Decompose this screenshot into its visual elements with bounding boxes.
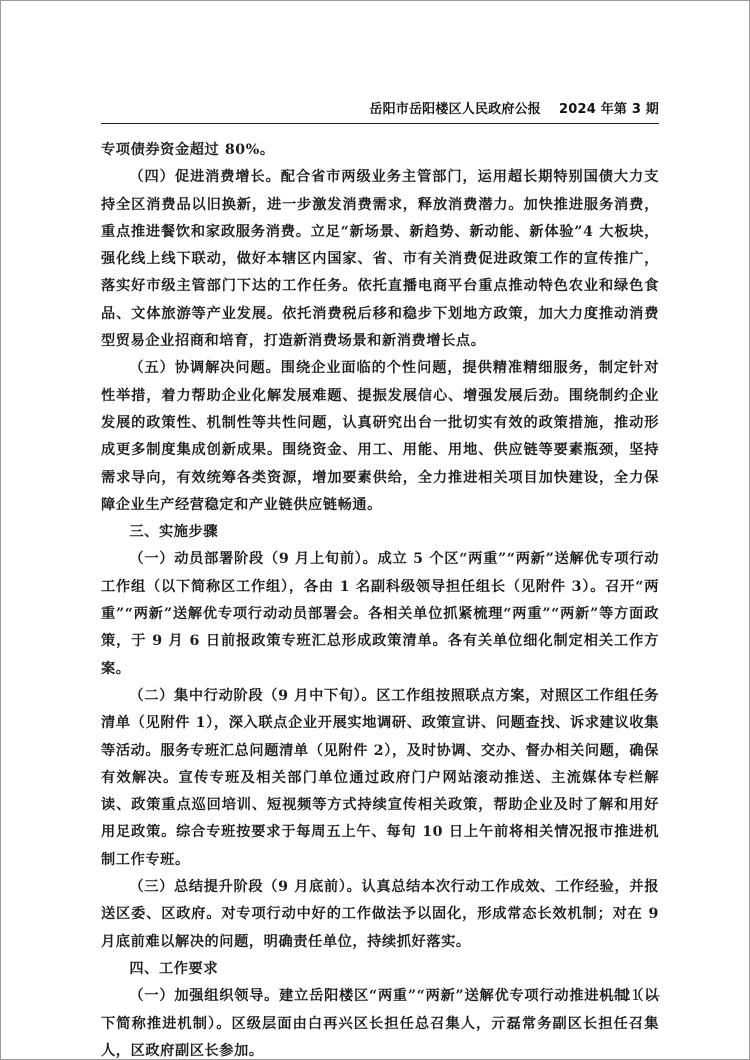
page-number: — 21 — bbox=[581, 985, 681, 1005]
issue-number: 2024 年第 3 期 bbox=[559, 102, 659, 117]
paragraph-organizational-leadership: （一）加强组织领导。建立岳阳楼区“两重”“两新”送解优专项行动推进机制（以下简称… bbox=[101, 983, 659, 1060]
paragraph-continuation: 专项债券资金超过 80%。 bbox=[101, 137, 659, 164]
paragraph-coordinate-problems: （五）协调解决问题。围绕企业面临的个性问题，提供精准精细服务，制定针对性举措，着… bbox=[101, 355, 659, 519]
header-rule bbox=[101, 123, 659, 124]
running-header: 岳阳市岳阳楼区人民政府公报2024 年第 3 期 bbox=[101, 99, 659, 123]
paragraph-concentrated-action-stage: （二）集中行动阶段（9 月中下旬）。区工作组按照联点方案，对照区工作组任务清单（… bbox=[101, 683, 659, 874]
paragraph-mobilization-stage: （一）动员部署阶段（9 月上旬前）。成立 5 个区“两重”“两新”送解优专项行动… bbox=[101, 546, 659, 682]
publication-title: 岳阳市岳阳楼区人民政府公报 bbox=[369, 102, 541, 117]
section-heading-work-requirements: 四、工作要求 bbox=[101, 956, 659, 983]
document-body: 专项债券资金超过 80%。 （四）促进消费增长。配合省市两级业务主管部门，运用超… bbox=[101, 137, 659, 1060]
paragraph-summary-stage: （三）总结提升阶段（9 月底前）。认真总结本次行动工作成效、工作经验，并报送区委… bbox=[101, 874, 659, 956]
document-page: 岳阳市岳阳楼区人民政府公报2024 年第 3 期 专项债券资金超过 80%。 （… bbox=[0, 0, 750, 1060]
section-heading-implementation-steps: 三、实施步骤 bbox=[101, 519, 659, 546]
paragraph-promote-consumption: （四）促进消费增长。配合省市两级业务主管部门，运用超长期特别国债大力支持全区消费… bbox=[101, 164, 659, 355]
